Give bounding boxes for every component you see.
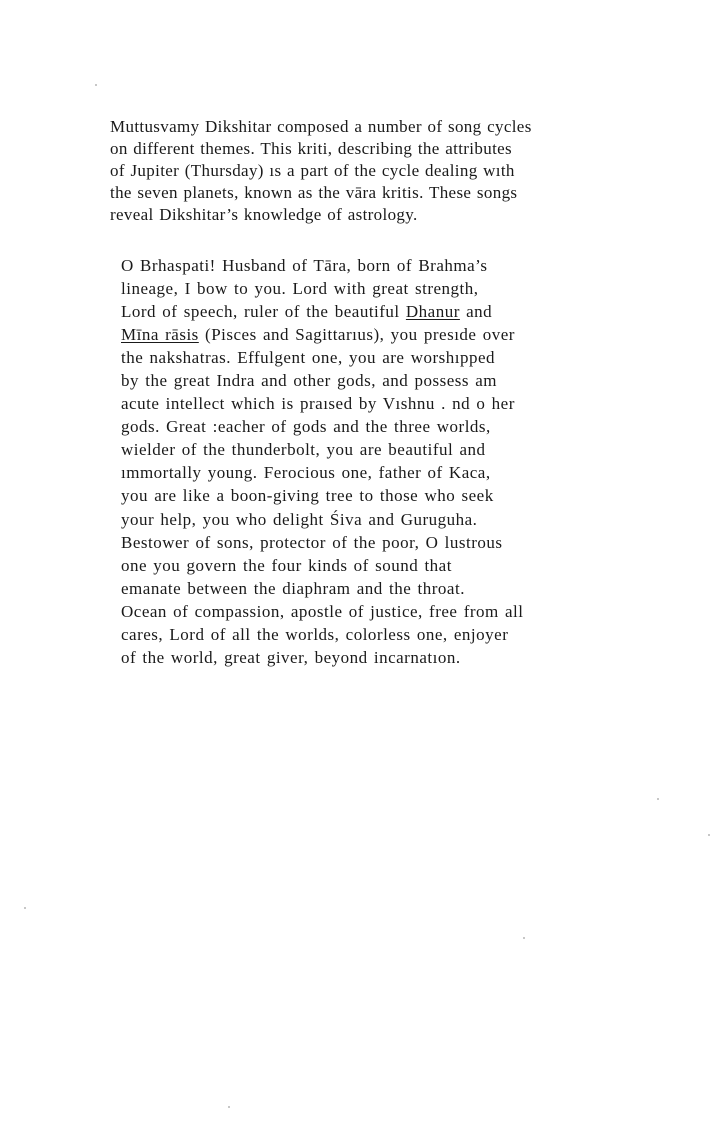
intro-paragraph: Muttusvamy Dikshitar composed a number o…	[110, 116, 630, 226]
verse-line: emanate between the diaphram and the thr…	[121, 577, 651, 600]
verse-text: (Pisces and Sagittarıus), you presıde ov…	[199, 325, 515, 344]
verse-line: Mīna rāsis (Pisces and Sagittarıus), you…	[121, 323, 651, 346]
verse-text: and	[460, 302, 492, 321]
verse-line: you are like a boon-giving tree to those…	[121, 484, 651, 507]
verse-line: the nakshatras. Effulgent one, you are w…	[121, 346, 651, 369]
intro-line: the seven planets, known as the vāra kri…	[110, 182, 630, 204]
scan-speck	[657, 798, 659, 800]
verse-line: ımmortally young. Ferocious one, father …	[121, 461, 651, 484]
scan-speck	[228, 1106, 230, 1108]
verse-line: gods. Great :eacher of gods and the thre…	[121, 415, 651, 438]
verse-line: one you govern the four kinds of sound t…	[121, 554, 651, 577]
verse-line: cares, Lord of all the worlds, colorless…	[121, 623, 651, 646]
verse-line: Ocean of compassion, apostle of justice,…	[121, 600, 651, 623]
verse-line: of the world, great giver, beyond incarn…	[121, 646, 651, 669]
verse-line: Bestower of sons, protector of the poor,…	[121, 531, 651, 554]
scan-speck	[95, 84, 97, 86]
intro-line: reveal Dikshitar’s knowledge of astrolog…	[110, 204, 630, 226]
underlined-term-dhanur: Dhanur	[406, 302, 460, 321]
verse-text: Lord of speech, ruler of the beautiful	[121, 302, 406, 321]
verse-line: your help, you who delight Śiva and Guru…	[121, 508, 651, 531]
verse-line: lineage, I bow to you. Lord with great s…	[121, 277, 651, 300]
intro-line: Muttusvamy Dikshitar composed a number o…	[110, 116, 630, 138]
intro-line: on different themes. This kriti, describ…	[110, 138, 630, 160]
scan-speck	[24, 907, 26, 909]
scan-speck	[523, 937, 525, 939]
intro-line: of Jupiter (Thursday) ıs a part of the c…	[110, 160, 630, 182]
scanned-page: Muttusvamy Dikshitar composed a number o…	[0, 0, 710, 1132]
verse-line: wielder of the thunderbolt, you are beau…	[121, 438, 651, 461]
verse-translation-paragraph: O Brhaspati! Husband of Tāra, born of Br…	[121, 254, 651, 669]
underlined-term-mina-rasis: Mīna rāsis	[121, 325, 199, 344]
verse-line: by the great Indra and other gods, and p…	[121, 369, 651, 392]
verse-line: acute intellect which is praısed by Vısh…	[121, 392, 651, 415]
verse-line: O Brhaspati! Husband of Tāra, born of Br…	[121, 254, 651, 277]
verse-line: Lord of speech, ruler of the beautiful D…	[121, 300, 651, 323]
